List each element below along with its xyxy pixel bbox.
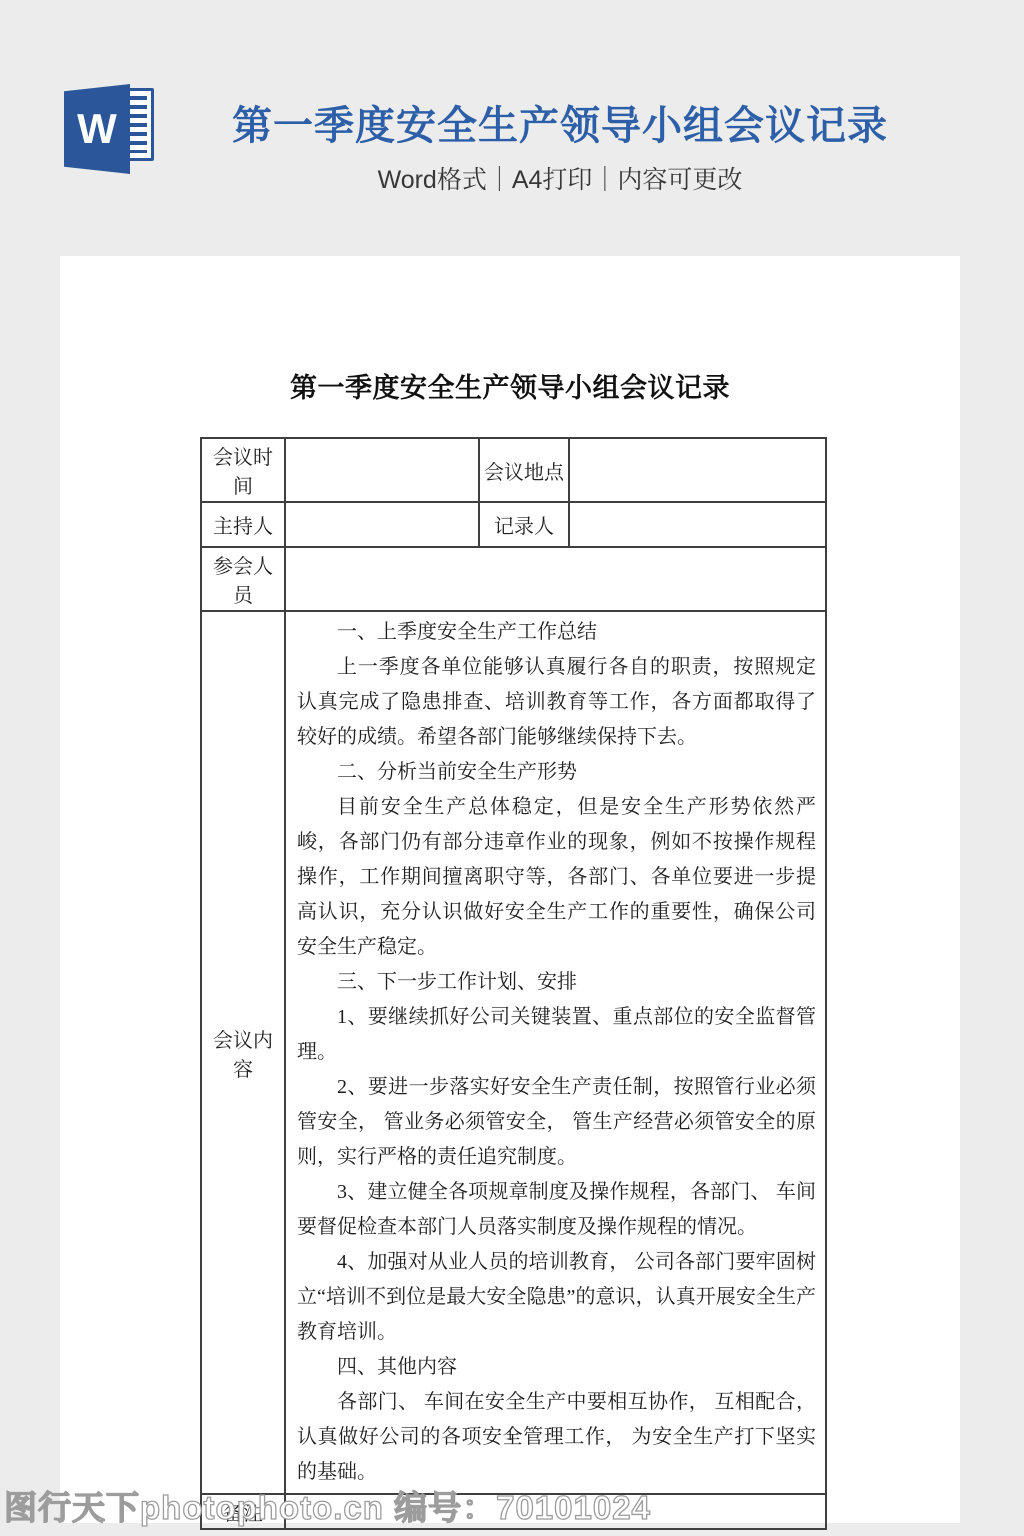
word-icon-letter: W — [77, 105, 117, 153]
content-paragraph: 3、建立健全各项规章制度及操作规程，各部门、 车间要督促检查本部门人员落实制度及… — [297, 1175, 816, 1245]
attendees-value — [285, 547, 826, 611]
content-paragraph: 二、分析当前安全生产形势 — [297, 755, 816, 790]
recorder-value — [569, 502, 826, 547]
meeting-place-value — [569, 438, 826, 502]
content-paragraph: 1、要继续抓好公司关键装置、重点部位的安全监督管理。 — [297, 1000, 816, 1070]
table-row-attendees: 参会人员 — [201, 547, 826, 611]
table-row-host-recorder: 主持人 记录人 — [201, 502, 826, 547]
banner: W 第一季度安全生产领导小组会议记录 Word格式｜A4打印｜内容可更改 — [0, 0, 1024, 256]
attendees-label: 参会人员 — [201, 547, 285, 611]
host-label: 主持人 — [201, 502, 285, 547]
content-paragraph: 4、加强对从业人员的培训教育， 公司各部门要牢固树立“培训不到位是最大安全隐患”… — [297, 1245, 816, 1350]
watermark: 图行天下photophoto.cn 编号：70101024 — [4, 1482, 651, 1529]
word-icon: W — [64, 84, 154, 174]
banner-subtitle: Word格式｜A4打印｜内容可更改 — [180, 160, 940, 196]
meeting-time-label: 会议时间 — [201, 438, 285, 502]
meeting-place-label: 会议地点 — [479, 438, 569, 502]
host-value — [285, 502, 479, 547]
page-number: 1 — [60, 1428, 960, 1445]
content-cell: 一、上季度安全生产工作总结 上一季度各单位能够认真履行各自的职责，按照规定认真完… — [285, 611, 826, 1494]
word-icon-tile: W — [64, 84, 130, 174]
table-row-time-place: 会议时间 会议地点 — [201, 438, 826, 502]
content-paragraph: 上一季度各单位能够认真履行各自的职责，按照规定认真完成了隐患排查、培训教育等工作… — [297, 650, 816, 755]
recorder-label: 记录人 — [479, 502, 569, 547]
content-paragraph: 目前安全生产总体稳定，但是安全生产形势依然严峻，各部门仍有部分违章作业的现象，例… — [297, 790, 816, 965]
page-canvas: W 第一季度安全生产领导小组会议记录 Word格式｜A4打印｜内容可更改 第一季… — [0, 0, 1024, 1536]
meeting-time-value — [285, 438, 479, 502]
content-paragraph: 三、下一步工作计划、安排 — [297, 965, 816, 1000]
content-paragraph: 一、上季度安全生产工作总结 — [297, 615, 816, 650]
content-paragraph: 四、其他内容 — [297, 1350, 816, 1385]
table-row-content: 会议内容 一、上季度安全生产工作总结 上一季度各单位能够认真履行各自的职责，按照… — [201, 611, 826, 1494]
content-paragraph: 2、要进一步落实好安全生产责任制，按照管行业必须管安全， 管业务必须管安全， 管… — [297, 1070, 816, 1175]
meeting-record-table: 会议时间 会议地点 主持人 记录人 参会人员 会议内容 — [200, 437, 827, 1530]
content-label: 会议内容 — [201, 611, 285, 1494]
banner-title: 第一季度安全生产领导小组会议记录 — [180, 94, 940, 151]
document-page: 第一季度安全生产领导小组会议记录 会议时间 会议地点 主持人 记录人 — [60, 256, 960, 1523]
document-title: 第一季度安全生产领导小组会议记录 — [60, 366, 960, 405]
